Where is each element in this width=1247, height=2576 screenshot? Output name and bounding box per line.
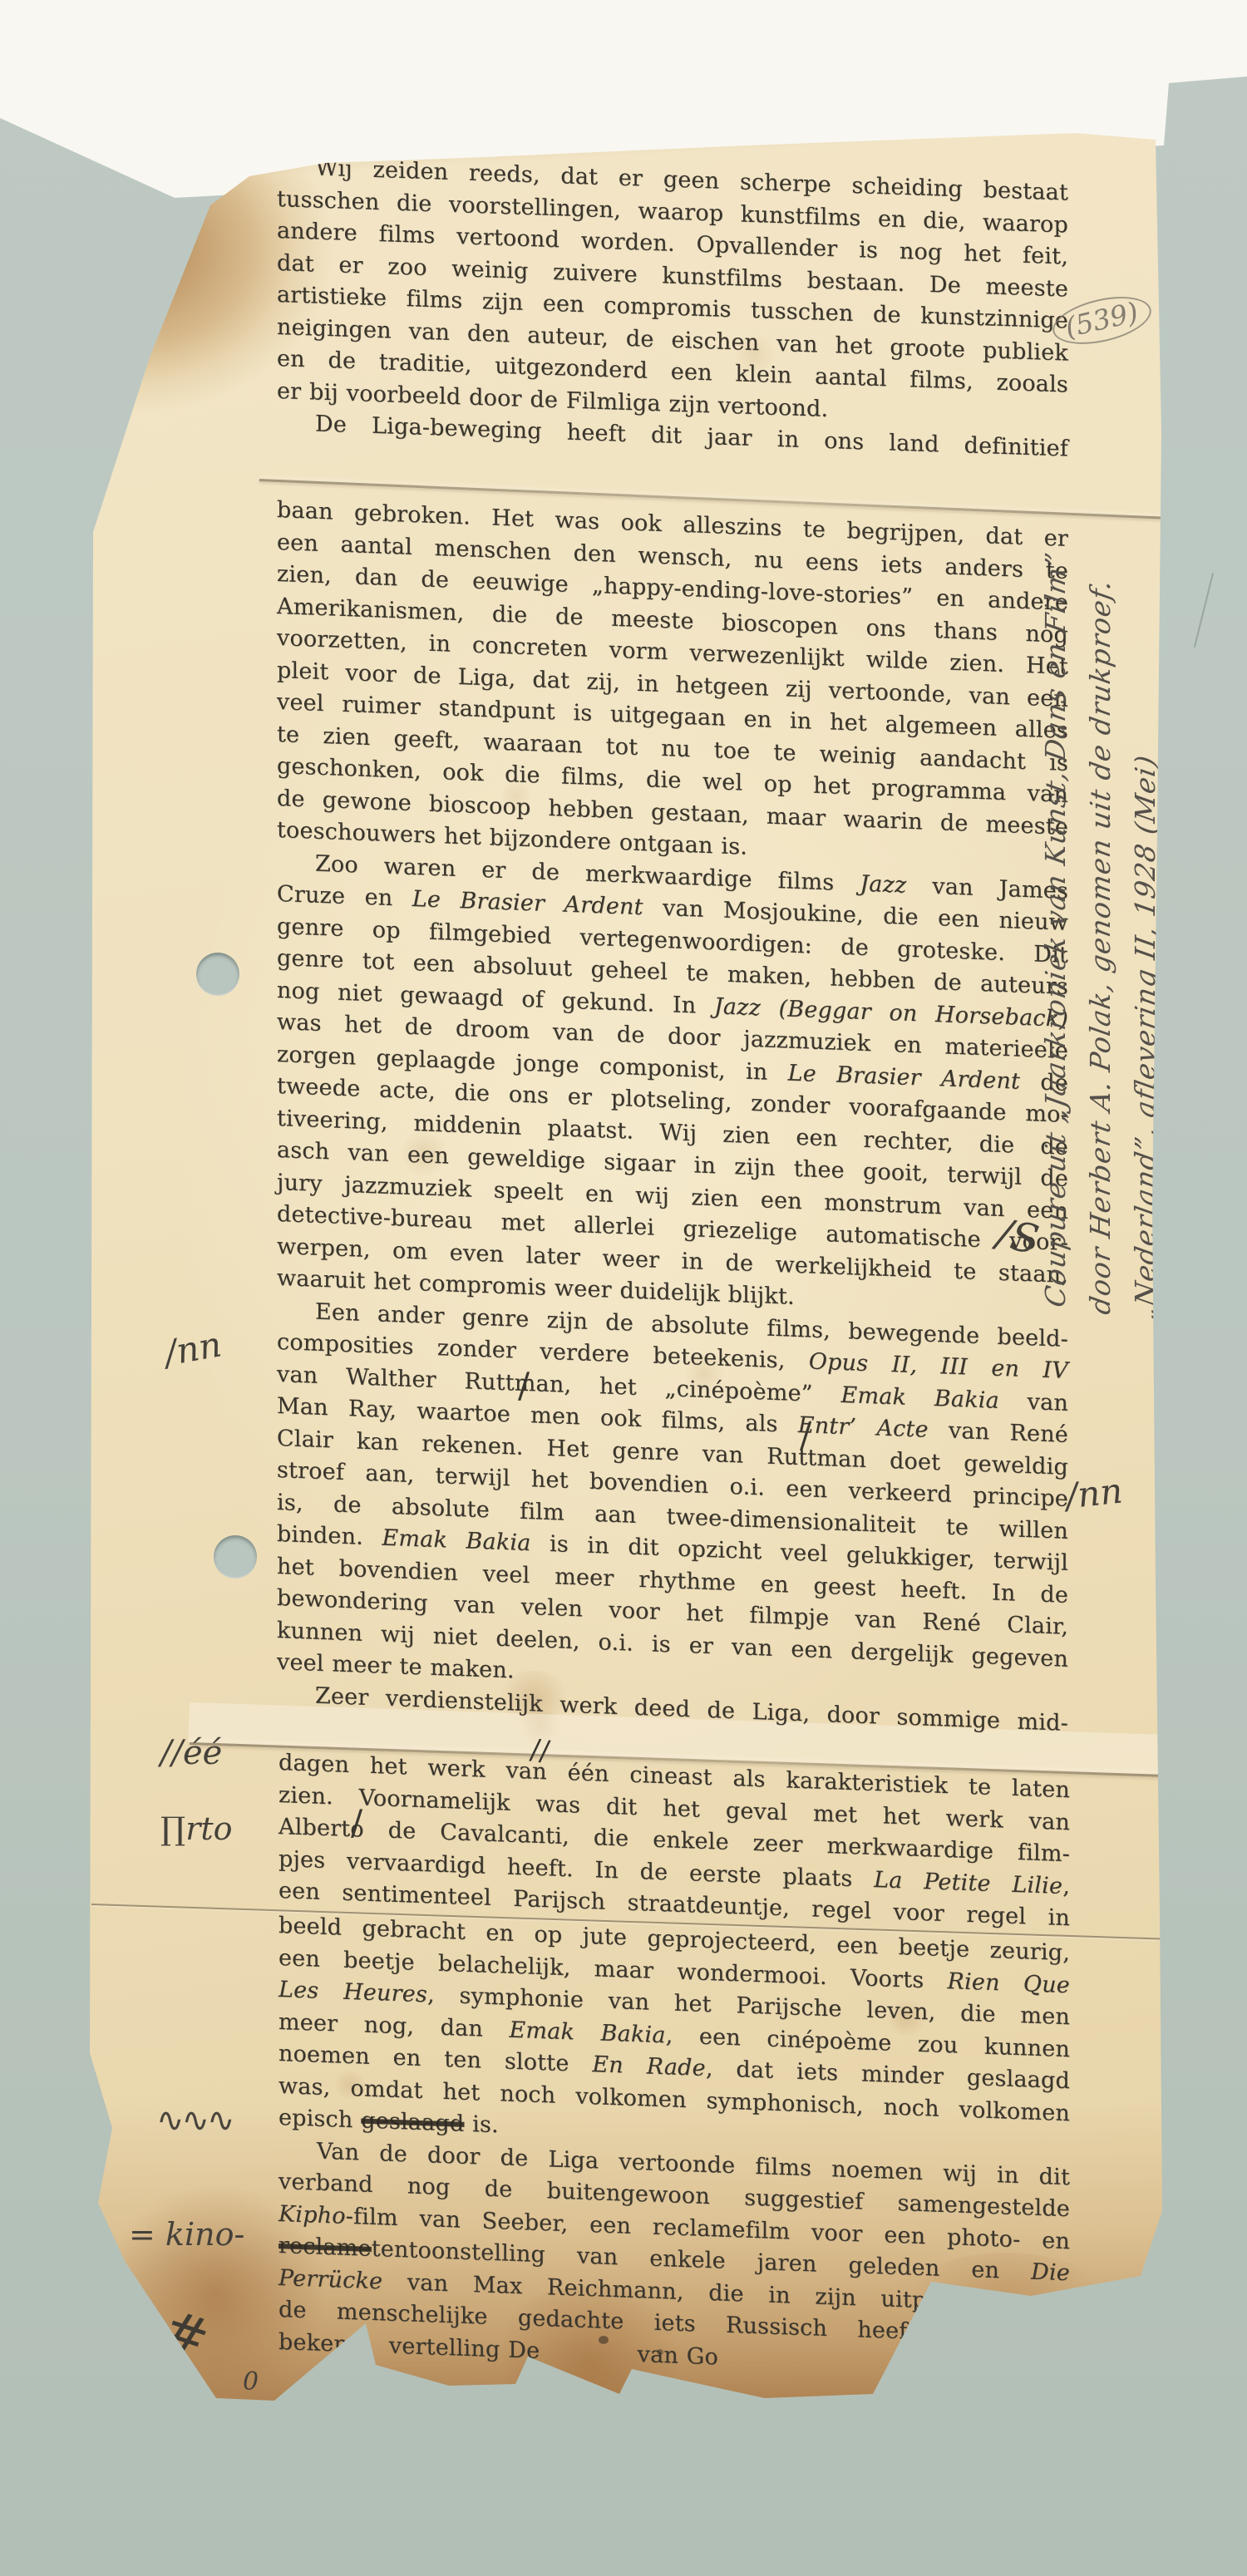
correction-slash-alberto: ∕ <box>351 1802 362 1843</box>
proof-mark-zero: 0 <box>243 2367 259 2396</box>
provenance-note-line: door Herbert A. Polak, genomen uit de dr… <box>1078 471 1123 1318</box>
printed-text-strip-1: Wij zeiden reeds, dat er geen scherpe sc… <box>277 151 1068 465</box>
correction-slash-ruttman-2: ∕ <box>800 1415 811 1455</box>
scanned-document: Wij zeiden reeds, dat er geen scherpe sc… <box>0 0 1247 2576</box>
printed-text-strip-3: dagen het werk van één cineast als karak… <box>278 1747 1070 1935</box>
proof-mark-rto: ∏rto <box>160 1810 233 1847</box>
provenance-note-vertical: Coupure uit „Jaarkroniek van Kunst, Dans… <box>1033 464 1168 1325</box>
proof-mark-kino: = kino- <box>129 2216 244 2253</box>
proof-mark-double-accent: //éé <box>160 1734 222 1772</box>
proof-mark-nn-left: /nn <box>161 1323 224 1373</box>
punch-hole <box>214 1535 257 1579</box>
proof-mark-hash: # <box>153 2297 216 2372</box>
newspaper-clipping: Wij zeiden reeds, dat er geen scherpe sc… <box>83 125 1172 2419</box>
provenance-note-line: „Nederland”, aflevering II, 1928 (Mei) <box>1123 478 1168 1325</box>
backing-crease <box>1194 573 1214 648</box>
proof-mark-squiggle: ∿∿∿ <box>156 2101 233 2140</box>
proof-mark-nn-right: /nn <box>1064 1470 1125 1517</box>
printed-text-strip-2: baan gebroken. Het was ook alleszins te … <box>277 495 1068 1740</box>
printed-text-strip-4: beeld gebracht en op jute geprojecteerd,… <box>278 1910 1070 2386</box>
punch-hole <box>196 953 239 996</box>
provenance-note-line: Coupure uit „Jaarkroniek van Kunst, Dans… <box>1033 464 1078 1311</box>
correction-slash-ruttman-1: ∕ <box>518 1365 530 1406</box>
